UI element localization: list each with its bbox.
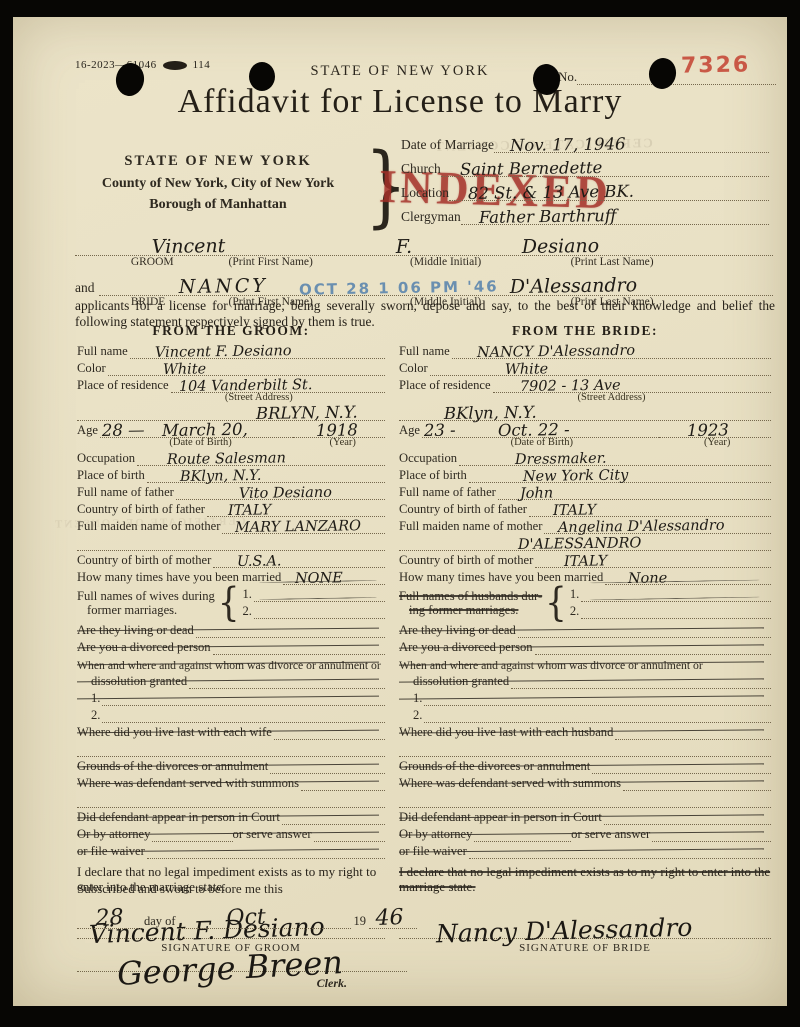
form-field-row: Are you a divorced person — [77, 638, 385, 655]
handwritten-month: Oct — [226, 905, 266, 931]
form-field-row: Place of birthBKlyn, N.Y. — [77, 466, 385, 483]
dotted-line: BKlyn, N.Y. — [147, 465, 385, 483]
handwritten-value: None — [628, 570, 668, 587]
groom-name-line: Vincent F. Desiano — [75, 231, 773, 256]
form-field-row: Where did you live last with each wife — [77, 723, 385, 740]
form-field-row: BKlyn, N.Y. — [399, 404, 771, 421]
field-label: Place of residence — [399, 378, 493, 393]
numbered-line: 1. — [242, 587, 385, 602]
form-field-row: Full name of fatherJohn — [399, 483, 771, 500]
form-field-row: Grounds of the divorces or annulment — [399, 757, 771, 774]
field-label: Or by attorney — [399, 827, 474, 842]
bride-fields: Full nameNANCY D'AlessandroColorWhitePla… — [399, 342, 771, 898]
form-field-row: 1. — [77, 689, 385, 706]
dotted-line: John — [498, 482, 771, 500]
form-field-row: Are you a divorced person — [399, 638, 771, 655]
dotted-line — [615, 722, 771, 740]
dotted-line — [511, 671, 771, 689]
dotted-line — [424, 705, 771, 723]
field-label: 1. — [91, 691, 102, 706]
field-sublabel: (Date of Birth) — [511, 437, 573, 448]
field-label: How many times have you been married — [399, 570, 605, 585]
dotted-line: D'ALESSANDRO — [399, 533, 771, 551]
form-field-row: When and where and against whom was divo… — [77, 655, 385, 672]
form-field-row: Country of birth of fatherITALY — [77, 500, 385, 517]
form-field-row: OccupationDressmaker. — [399, 449, 771, 466]
attestation-date-line: 28 day of Oct 19 46 — [77, 903, 417, 929]
dotted-line: NANCY D'Alessandro — [452, 341, 771, 359]
field-label: Grounds of the divorces or annulment — [77, 759, 270, 774]
dotted-line: White — [108, 358, 385, 376]
form-field-row: or file waiver — [399, 842, 771, 859]
field-label: Occupation — [77, 451, 137, 466]
field-label: Grounds of the divorces or annulment — [399, 759, 592, 774]
field-label: Country of birth of father — [77, 502, 207, 517]
field-label: Are you a divorced person — [399, 640, 535, 655]
dotted-line: 46 — [369, 902, 417, 929]
field-label: ing former marriages. — [399, 603, 542, 617]
form-field-row: Age23 -Oct. 22 -1923 — [399, 421, 771, 438]
dotted-line: Nov. 17, 1946 — [494, 128, 769, 153]
form-field-row: ColorWhite — [77, 359, 385, 376]
form-field-row: Or by attorneyor serve answer — [77, 825, 385, 842]
field-label: Did defendant appear in person in Court — [399, 810, 604, 825]
form-field-row: 1. — [399, 689, 771, 706]
dotted-line — [213, 637, 385, 655]
field-label: Full name of father — [77, 485, 176, 500]
field-label: Age — [399, 423, 422, 438]
form-field-row: Where was defendant served with summons — [77, 774, 385, 791]
form-field-row: When and where and against whom was divo… — [399, 655, 771, 672]
field-sublabel: (Year) — [330, 437, 356, 448]
dotted-line: 1918 — [293, 420, 385, 438]
handwritten-day: 28 — [95, 905, 124, 931]
jurisdiction-borough: Borough of Manhattan — [63, 197, 373, 213]
dotted-line: Route Salesman — [137, 448, 385, 466]
marriage-info-row: Location82 St. & 13 Ave BK. — [401, 177, 769, 201]
form-field-row: Full maiden name of motherAngelina D'Ale… — [399, 517, 771, 534]
numbered-lines: 1.2. — [570, 587, 771, 619]
jurisdiction-state: STATE OF NEW YORK — [63, 153, 373, 170]
dotted-line: Dressmaker. — [459, 448, 771, 466]
dotted-line — [152, 824, 232, 842]
line-number: 2. — [570, 604, 581, 619]
and-label: and — [75, 280, 99, 296]
dotted-line: 7902 - 13 Ave — [493, 375, 771, 393]
bride-column-heading: FROM THE BRIDE: — [399, 323, 771, 339]
dotted-line — [77, 533, 385, 551]
dotted-line — [301, 773, 385, 791]
marriage-info-block: Date of MarriageNov. 17, 1946ChurchSaint… — [401, 129, 769, 225]
field-label: Are they living or dead — [77, 623, 196, 638]
marriage-info-row: Date of MarriageNov. 17, 1946 — [401, 129, 769, 153]
dotted-line — [102, 705, 385, 723]
affidavit-columns: FROM THE GROOM: Full nameVincent F. Desi… — [77, 323, 771, 954]
groom-name-sublabels: GROOM (Print First Name) (Middle Initial… — [75, 256, 773, 271]
former-marriages-row: Full names of husbands dur-ing former ma… — [399, 585, 771, 621]
form-field-row: or file waiver — [77, 842, 385, 859]
field-label: dissolution granted — [413, 674, 511, 689]
handwritten-value: D'Alessandro — [510, 274, 638, 298]
handwritten-value: NONE — [295, 570, 343, 587]
clerk-signature-line: George Breen — [77, 945, 407, 972]
form-field-row: Age28 —March 20,1918 — [77, 421, 385, 438]
form-field-row: Place of residence104 Vanderbilt St. — [77, 376, 385, 393]
form-field-row: 2. — [77, 706, 385, 723]
line-number: 2. — [242, 604, 253, 619]
form-field-row: D'ALESSANDRO — [399, 534, 771, 551]
numbered-line: 2. — [570, 604, 771, 619]
field-label: Occupation — [399, 451, 459, 466]
dotted-line: Vito Desiano — [176, 482, 385, 500]
form-field-row — [399, 791, 771, 808]
form-field-row: How many times have you been marriedNone — [399, 568, 771, 585]
dotted-line: ITALY — [207, 499, 385, 517]
dotted-line: Father Barthruff — [461, 200, 769, 225]
former-marriages-row: Full names of wives duringformer marriag… — [77, 585, 385, 621]
dotted-line: Angelina D'Alessandro — [544, 516, 771, 534]
field-label: Full name — [77, 344, 130, 359]
form-field-row: dissolution granted — [399, 672, 771, 689]
dotted-line: MARY LANZARO — [222, 516, 385, 534]
dotted-line — [399, 739, 771, 757]
dotted-line: 23 -Oct. 22 - — [422, 420, 659, 438]
form-field-row: dissolution granted — [77, 672, 385, 689]
century-label: 19 — [351, 914, 370, 929]
day-of-label: day of — [141, 914, 179, 929]
field-label: Full names of husbands dur- — [399, 589, 542, 603]
field-label: Are they living or dead — [399, 623, 518, 638]
form-field-row: Place of birthNew York City — [399, 466, 771, 483]
form-field-row: Are they living or dead — [77, 621, 385, 638]
field-label: Date of Marriage — [401, 137, 494, 153]
dotted-line — [189, 671, 385, 689]
form-field-row: Did defendant appear in person in Court — [399, 808, 771, 825]
field-label: Are you a divorced person — [77, 640, 213, 655]
handwritten-year: 46 — [375, 905, 404, 931]
middle-initial-label: (Middle Initial) — [410, 256, 481, 268]
field-label: Country of birth of mother — [77, 553, 213, 568]
form-field-row: Where was defendant served with summons — [399, 774, 771, 791]
form-field-row: ColorWhite — [399, 359, 771, 376]
form-field-row: Or by attorneyor serve answer — [399, 825, 771, 842]
field-label: or file waiver — [77, 844, 147, 859]
dotted-line — [270, 756, 385, 774]
field-label: Color — [77, 361, 108, 376]
dotted-line — [535, 637, 771, 655]
field-sublabel: (Year) — [704, 437, 730, 448]
form-field-row: Where did you live last with each husban… — [399, 723, 771, 740]
bride-signature-block: Nancy D'Alessandro SIGNATURE OF BRIDE — [399, 910, 771, 954]
field-label: dissolution granted — [91, 674, 189, 689]
field-label: Did defendant appear in person in Court — [77, 810, 282, 825]
field-label: Full name — [399, 344, 452, 359]
handwritten-value: Vincent — [151, 235, 225, 258]
dotted-line: White — [430, 358, 771, 376]
form-field-row: Country of birth of motherITALY — [399, 551, 771, 568]
dotted-line: 82 St. & 13 Ave BK. — [449, 176, 769, 201]
bride-column: FROM THE BRIDE: Full nameNANCY D'Alessan… — [399, 323, 771, 954]
dotted-line — [77, 790, 385, 808]
field-label: Where was defendant served with summons — [77, 776, 301, 791]
dotted-line: Vincent F. Desiano — [130, 341, 385, 359]
field-label: former marriages. — [77, 603, 215, 617]
dotted-line: BKlyn, N.Y. — [399, 403, 771, 421]
field-label: How many times have you been married — [77, 570, 283, 585]
field-sublabel: (Date of Birth) — [169, 437, 231, 448]
form-field-row: Are they living or dead — [399, 621, 771, 638]
numbered-lines: 1.2. — [242, 587, 385, 619]
dotted-line — [474, 824, 571, 842]
field-label: Full maiden name of mother — [77, 519, 222, 534]
dotted-line — [424, 688, 771, 706]
form-field-row: OccupationRoute Salesman — [77, 449, 385, 466]
field-label: 1. — [413, 691, 424, 706]
field-label: Country of birth of father — [399, 502, 529, 517]
field-sublabel: (Street Address) — [225, 392, 293, 403]
paper-sheet: CERTIFICATE OF CONSENT CERTIFICATE OF CO… — [13, 17, 787, 1006]
field-label: or file waiver — [399, 844, 469, 859]
dotted-line: NANCY D'Alessandro — [99, 270, 774, 296]
bride-name-line: and NANCY D'Alessandro — [75, 271, 773, 296]
numbered-line: 2. — [242, 604, 385, 619]
handwritten-value: Desiano — [521, 235, 599, 258]
field-label: Where did you live last with each wife — [77, 725, 274, 740]
form-field-row: Full nameNANCY D'Alessandro — [399, 342, 771, 359]
form-field-row: Full nameVincent F. Desiano — [77, 342, 385, 359]
marriage-info-row: ChurchSaint Bernedette — [401, 153, 769, 177]
dotted-line — [592, 756, 771, 774]
form-field-row: Country of birth of motherU.S.A. — [77, 551, 385, 568]
field-label: Place of birth — [399, 468, 469, 483]
field-label: Or by attorney — [77, 827, 152, 842]
dotted-line: 28 — [77, 902, 141, 929]
dotted-line — [314, 824, 385, 842]
marriage-info-row: ClergymanFather Barthruff — [401, 201, 769, 225]
dotted-line: 28 —March 20, — [100, 420, 293, 438]
dotted-line: 1923 — [659, 420, 771, 438]
field-label-multiline: Full names of wives duringformer marriag… — [77, 589, 215, 617]
dotted-line — [102, 688, 385, 706]
field-label: or serve answer — [233, 827, 314, 842]
line-number: 1. — [570, 587, 581, 602]
groom-column-heading: FROM THE GROOM: — [77, 323, 385, 339]
hole-punch — [249, 62, 275, 91]
dotted-line — [399, 790, 771, 808]
handwritten-value: NANCY — [179, 275, 268, 298]
dotted-line: ITALY — [535, 550, 771, 568]
handwritten-value: Father Barthruff — [479, 206, 617, 227]
field-label: 2. — [91, 708, 102, 723]
field-label: Where was defendant served with summons — [399, 776, 623, 791]
form-field-row: Grounds of the divorces or annulment — [77, 757, 385, 774]
form-field-row: Country of birth of fatherITALY — [399, 500, 771, 517]
field-label: Place of birth — [77, 468, 147, 483]
declaration-paragraph: I declare that no legal impediment exist… — [399, 864, 771, 898]
dotted-line — [518, 620, 771, 638]
jurisdiction-county: County of New York, City of New York — [63, 176, 373, 192]
dotted-line — [77, 739, 385, 757]
form-field-row — [77, 740, 385, 757]
field-label: Full maiden name of mother — [399, 519, 544, 534]
dotted-line: New York City — [469, 465, 771, 483]
print-first-name-label: (Print First Name) — [229, 256, 313, 268]
dotted-line: U.S.A. — [213, 550, 385, 568]
line-number: 1. — [242, 587, 253, 602]
form-field-row: Did defendant appear in person in Court — [77, 808, 385, 825]
dotted-line: BRLYN, N.Y. — [77, 403, 385, 421]
dotted-line — [196, 620, 385, 638]
role-label: GROOM — [131, 256, 174, 268]
form-field-row: Full maiden name of motherMARY LANZARO — [77, 517, 385, 534]
form-field-row — [77, 534, 385, 551]
form-field-row: BRLYN, N.Y. — [77, 404, 385, 421]
dotted-line — [469, 841, 771, 859]
form-field-row: Place of residence7902 - 13 Ave — [399, 376, 771, 393]
form-field-row — [399, 740, 771, 757]
field-sublabel: (Street Address) — [578, 392, 646, 403]
field-label: Age — [77, 423, 100, 438]
dotted-line — [652, 824, 771, 842]
field-label: or serve answer — [571, 827, 652, 842]
handwritten-value: F. — [396, 236, 413, 258]
jurisdiction-block: STATE OF NEW YORK County of New York, Ci… — [63, 153, 373, 218]
dotted-line: 104 Vanderbilt St. — [171, 375, 385, 393]
dotted-line — [604, 807, 771, 825]
dotted-line — [254, 603, 385, 619]
field-label: Clergyman — [401, 209, 461, 225]
field-label: Full name of father — [399, 485, 498, 500]
sworn-before-text: Subscribed and sworn to before me this — [77, 881, 417, 897]
dotted-line — [623, 773, 771, 791]
dotted-line: Oct — [179, 902, 351, 929]
field-label: Color — [399, 361, 430, 376]
form-field-row: Full name of fatherVito Desiano — [77, 483, 385, 500]
dotted-line — [147, 841, 385, 859]
signature-line: Nancy D'Alessandro — [399, 910, 771, 939]
print-last-name-label: (Print Last Name) — [571, 256, 654, 268]
form-field-row: 2. — [399, 706, 771, 723]
groom-fields: Full nameVincent F. DesianoColorWhitePla… — [77, 342, 385, 898]
dotted-line: ITALY — [529, 499, 771, 517]
field-label: Country of birth of mother — [399, 553, 535, 568]
field-label: Place of residence — [77, 378, 171, 393]
dotted-line — [581, 603, 771, 619]
license-number-stamp: 7326 — [681, 52, 751, 78]
form-field-row — [77, 791, 385, 808]
attestation-block: Subscribed and sworn to before me this 2… — [77, 881, 417, 991]
groom-column: FROM THE GROOM: Full nameVincent F. Desi… — [77, 323, 385, 954]
field-label-multiline: Full names of husbands dur-ing former ma… — [399, 589, 542, 617]
dotted-line — [274, 722, 385, 740]
field-label: Church — [401, 161, 441, 177]
field-label: Location — [401, 185, 449, 201]
dotted-line — [282, 807, 385, 825]
dotted-line: Vincent F. Desiano — [75, 230, 773, 256]
field-label: Full names of wives during — [77, 589, 215, 603]
field-label: Where did you live last with each husban… — [399, 725, 615, 740]
field-label: 2. — [413, 708, 424, 723]
document-page: CERTIFICATE OF CONSENT CERTIFICATE OF CO… — [0, 0, 800, 1027]
dotted-line: Saint Bernedette — [441, 152, 769, 177]
